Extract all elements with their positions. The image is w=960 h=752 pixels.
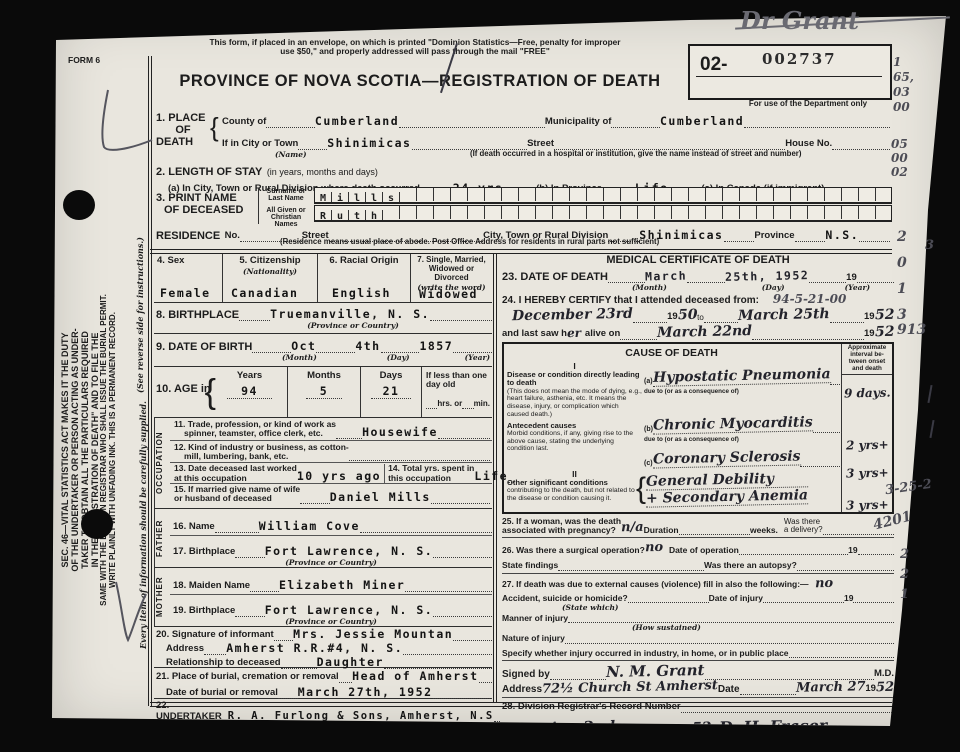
- form-number-label: FORM 6: [68, 56, 100, 66]
- row-23-date-of-death: 23. DATE OF DEATH March 25th, 1952 19: [502, 269, 894, 283]
- mail-notice: This form, if placed in an envelope, on …: [165, 38, 665, 57]
- informant-address-value: Amherst R.R.#4, N. S.: [226, 641, 403, 655]
- pencil-column-a: 165,0300: [893, 55, 914, 115]
- father-name-value: William Cove: [259, 519, 360, 533]
- antecedent-title: Antecedent causes: [507, 422, 642, 430]
- letter-cell: [774, 206, 791, 219]
- letter-cell: [485, 206, 502, 219]
- interval-h3: tween onset: [842, 358, 892, 365]
- letter-cell: [808, 188, 825, 201]
- pen-check-mark: [108, 580, 153, 650]
- q25-duration-label: Duration: [644, 526, 679, 535]
- stamp-box-line: [696, 76, 882, 77]
- interval-h1: Approximate: [842, 344, 892, 351]
- q25-delivery-label-2: a delivery?: [784, 526, 823, 535]
- letter-cell: i: [332, 192, 349, 204]
- racial-origin-label: 6. Racial Origin: [318, 256, 410, 267]
- cause-c-pre: (c): [644, 460, 653, 467]
- county-label: County of: [222, 117, 266, 128]
- filed-date-value: Apr 2nd: [548, 717, 615, 736]
- other-condition-value-2: + Secondary Anemia: [646, 487, 808, 507]
- last-seen-year-pre: 19: [864, 329, 875, 340]
- letter-cell: [519, 206, 536, 219]
- letter-cell: [553, 188, 570, 201]
- mother-birthplace-sub: (Province or Country): [170, 617, 492, 626]
- interval-c-value: 3 yrs+: [846, 465, 892, 480]
- q26-autopsy-label: Was there an autopsy?: [704, 561, 797, 570]
- father-name-label: 16. Name: [173, 522, 215, 533]
- letter-cell: l: [349, 192, 366, 204]
- q27-sustained-sub: (How sustained): [632, 623, 894, 632]
- letter-cell: [706, 188, 723, 201]
- age-brace: {: [205, 375, 216, 409]
- residence-prov-value: N.S.: [825, 228, 859, 242]
- letter-cell: [638, 188, 655, 201]
- q26-value: no: [645, 540, 663, 555]
- place-county-line: County of Cumberland Municipality of Cum…: [222, 114, 890, 128]
- md-label: M.D.: [874, 669, 894, 680]
- signed-year-value: 52: [876, 680, 894, 695]
- mother-side-label: MOTHER: [154, 568, 170, 626]
- letter-cell: [468, 188, 485, 201]
- municipality-value: Cumberland: [660, 114, 744, 128]
- q27-manner-label: Manner of injury: [502, 614, 568, 623]
- undertaker-label: 22. Undertaker: [156, 701, 222, 722]
- to-year-value: 52: [874, 306, 894, 322]
- letter-cell: [876, 188, 892, 201]
- row-8-birthplace: 8. BIRTHPLACE Truemanville, N. S. (Provi…: [154, 303, 492, 334]
- cause-lead-line: Disease or condition directly leading to…: [507, 371, 642, 388]
- interval-h2: interval be-: [842, 351, 892, 358]
- letter-cell: [417, 188, 434, 201]
- letter-cell: [536, 206, 553, 219]
- father-birthplace-sub: (Province or Country): [170, 558, 492, 567]
- hospital-note: (If death occurred in a hospital or inst…: [470, 150, 801, 159]
- county-value: Cumberland: [315, 114, 399, 128]
- death-year-sub: (Year): [845, 283, 870, 292]
- pencil-number: 00: [891, 151, 908, 165]
- birthplace-label: 8. BIRTHPLACE: [156, 309, 239, 321]
- surname-sublabel: Surname or: [259, 188, 313, 195]
- letter-cell: [672, 206, 689, 219]
- letter-cell: [859, 188, 876, 201]
- sex-value: Female: [160, 286, 211, 300]
- signed-date-label: Date: [718, 684, 740, 695]
- pencil-stroke-1: [927, 385, 932, 403]
- father-side-label: FATHER: [154, 509, 170, 567]
- signed-year-pre: 19: [865, 684, 876, 695]
- residence-note: (Residence means usual place of abode. P…: [280, 238, 659, 247]
- row-23-subs: (Month) (Day) (Year): [502, 283, 894, 292]
- informant-name-value: Mrs. Jessie Mountan: [293, 627, 453, 641]
- cert-pencil-numbers: 94-5-21-00: [773, 292, 846, 306]
- q27-injury-date-label: Date of injury: [709, 594, 763, 603]
- q26-label: 26. Was there a surgical operation?: [502, 546, 645, 555]
- burial-date-label: Date of burial or removal: [166, 688, 278, 699]
- punch-hole-top: [63, 190, 95, 220]
- date-of-death-label: 23. DATE OF DEATH: [502, 271, 608, 283]
- cause-b-line: (b) Chronic Myocarditis: [644, 416, 842, 433]
- q27-state-which-sub: (State which): [562, 603, 894, 612]
- row-27: 27. If death was due to external causes …: [502, 574, 894, 661]
- letter-cell: [655, 206, 672, 219]
- cause-c-line: (c) Coronary Sclerosis: [644, 450, 842, 467]
- letter-cell: [587, 206, 604, 219]
- mother-name-label: 18. Maiden Name: [173, 581, 250, 592]
- age-label: 10. AGE in: [156, 383, 211, 395]
- citizenship-label: 5. Citizenship: [223, 256, 317, 267]
- cause-of-death-title: CAUSE OF DEATH: [504, 348, 839, 360]
- last-saw-label: and last saw h: [502, 329, 567, 340]
- letter-cell: [604, 188, 621, 201]
- age-years-value: 94: [227, 382, 272, 399]
- dr-grant-text: Dr Grant: [740, 6, 859, 35]
- punch-hole-bottom: [81, 509, 113, 539]
- age-years-header: Years: [212, 371, 287, 382]
- burial-date-value: March 27th, 1952: [298, 685, 433, 699]
- q14-label-2: this occupation: [388, 474, 474, 483]
- age-hrs-label: hrs. or: [437, 400, 462, 409]
- dr-grant-annotation: Dr Grant: [740, 6, 859, 35]
- physician-address-label: Address: [502, 684, 542, 695]
- pencil-near-cause: 913: [897, 322, 926, 338]
- registration-number-prefix: 02-: [700, 54, 727, 76]
- row-10-age: 10. AGE in { Years 94 Months 5 Days 21 I…: [154, 367, 492, 418]
- burial-place-value: Head of Amherst: [352, 669, 478, 683]
- given-sublabel: All Given or: [259, 207, 313, 214]
- burial-block: 21. Place of burial, cremation or remova…: [154, 668, 492, 699]
- death-day-value: 25th, 1952: [724, 268, 809, 284]
- statute-line: OF THE UNDERTAKER OR PERSON ACTING AS UN…: [70, 170, 80, 730]
- letter-cell: [485, 188, 502, 201]
- cause-b-value: Chronic Myocarditis: [653, 414, 813, 434]
- alive-on-label: alive on: [585, 329, 620, 340]
- q27-specify-label: Specify whether injury occurred in indus…: [502, 649, 789, 658]
- letter-cell: [876, 206, 892, 219]
- letter-cell: [400, 188, 417, 201]
- medical-certificate-title: MEDICAL CERTIFICATE OF DEATH: [502, 254, 894, 266]
- marital-label-2: Widowed or Divorced: [411, 265, 492, 283]
- antecedent-body: Morbid conditions, if any, giving rise t…: [507, 430, 642, 453]
- letter-cell: s: [383, 192, 400, 204]
- father-birthplace-label: 17. Birthplace: [173, 547, 235, 558]
- marital-value: Widowed: [419, 287, 478, 301]
- cause-a-value: Hypostatic Pneumonia: [652, 366, 830, 387]
- undertaker-value: R. A. Furlong & Sons, Amherst, N.S: [228, 710, 494, 722]
- letter-cell: [774, 188, 791, 201]
- mother-block: MOTHER 18. Maiden Name Elizabeth Miner 1…: [154, 568, 492, 627]
- letter-cell: [417, 206, 434, 219]
- letter-cell: [451, 206, 468, 219]
- due-to-label-2: due to (or as a consequence of): [644, 436, 739, 443]
- stay-label: 2. LENGTH OF STAY: [156, 166, 262, 178]
- attended-to-value: March 25th: [738, 306, 830, 324]
- undertaker-block: 22. Undertaker R. A. Furlong & Sons, Amh…: [154, 699, 492, 721]
- q27-accident-label: Accident, suicide or homicide?: [502, 594, 628, 603]
- city-value: Shinimicas: [327, 136, 411, 150]
- age-less-label: If less than one day old: [426, 371, 490, 390]
- occupation-block: OCCUPATION 11. Trade, profession, or kin…: [154, 418, 492, 509]
- letter-cell: t: [349, 210, 366, 222]
- letter-cell: [570, 206, 587, 219]
- dob-month: Oct: [291, 339, 316, 353]
- cause-a-line: (a) Hypostatic Pneumonia: [644, 368, 842, 385]
- informant-relationship-value: Daughter: [317, 655, 384, 669]
- dob-month-sub: (Month): [282, 353, 317, 362]
- registrar-record-number-label: 28. Division Registrar's Record Number: [502, 702, 681, 713]
- letter-cell: [587, 188, 604, 201]
- age-min-label: min.: [474, 400, 490, 409]
- pencil-number: 65,: [893, 70, 914, 85]
- print-name-label-2: OF DECEASED: [164, 204, 256, 216]
- letter-cell: [825, 206, 842, 219]
- letter-cell: [740, 188, 757, 201]
- q26-year-pre: 19: [848, 546, 857, 555]
- row-29: 29. Filed Apr 2nd 19 52 D. H. Fraser: [502, 717, 894, 736]
- place-city-line: If in City or Town Shinimicas Street Hou…: [222, 136, 890, 150]
- letter-cell: [604, 206, 621, 219]
- mother-birthplace-label: 19. Birthplace: [173, 606, 235, 617]
- letter-cell: [536, 188, 553, 201]
- row-13-14: 13. Date deceased last worked at this oc…: [170, 463, 492, 484]
- department-only-caption: For use of the Department only: [718, 100, 898, 109]
- row-4-7: 4. Sex Female 5. Citizenship (Nationalit…: [154, 254, 492, 303]
- dob-year-sub: (Year): [465, 353, 490, 362]
- letter-cell: [791, 188, 808, 201]
- letter-cell: [791, 206, 808, 219]
- citizenship-sublabel: (Nationality): [223, 267, 317, 276]
- q15-label-2: or husband of deceased: [174, 494, 300, 503]
- letter-cell: [400, 206, 417, 219]
- dob-day: 4th: [355, 339, 380, 353]
- age-months-header: Months: [288, 371, 360, 382]
- letter-cell: [825, 188, 842, 201]
- undertaker-sub: (Name and address): [154, 722, 492, 731]
- other-conditions-title: Other significant conditions: [507, 479, 642, 487]
- letter-cell: [757, 188, 774, 201]
- mother-birthplace-value: Fort Lawrence, N. S.: [265, 603, 433, 617]
- dob-day-sub: (Day): [387, 353, 410, 362]
- other-brace: {: [636, 474, 646, 504]
- informant-label: 20. Signature of informant: [156, 630, 274, 641]
- other-conditions-body: contributing to the death, but not relat…: [507, 487, 642, 503]
- antecedent-label: Antecedent causes Morbid conditions, if …: [507, 422, 642, 454]
- letter-cell: [689, 188, 706, 201]
- pencil-column-27: 221: [900, 545, 909, 605]
- surname-sublabel2: Last Name: [259, 195, 313, 202]
- q25-label-2: associated with pregnancy?: [502, 526, 621, 535]
- letter-cell: [383, 206, 400, 219]
- interval-h4: and death: [842, 365, 892, 372]
- letter-cell: [621, 206, 638, 219]
- filed-label: 29. Filed: [502, 725, 540, 736]
- q12-label-2: mill, lumbering, bank, etc.: [184, 452, 349, 461]
- row-12: 12. Kind of industry or business, as cot…: [170, 441, 492, 464]
- q27-nature-label: Nature of injury: [502, 634, 565, 643]
- informant-address-label: Address: [166, 644, 204, 655]
- q26-date-label: Date of operation: [669, 546, 739, 555]
- letter-cell: [672, 188, 689, 201]
- residence-label: RESIDENCE: [156, 230, 220, 242]
- row-11: 11. Trade, profession, or kind of work a…: [170, 418, 492, 441]
- other-conditions-entry: { General Debility + Secondary Anemia: [646, 472, 808, 506]
- pen-mark-L: [90, 85, 170, 160]
- last-seen-year-value: 52: [874, 323, 894, 339]
- age-months-value: 5: [306, 382, 342, 399]
- signed-by-label: Signed by: [502, 669, 550, 680]
- pencil-stroke-2: [929, 420, 934, 438]
- citizenship-value: Canadian: [231, 286, 298, 300]
- q25-value: n/a: [621, 520, 644, 535]
- pencil-number: 2: [900, 565, 909, 585]
- letter-cell: h: [366, 210, 383, 222]
- letter-cell: M: [315, 192, 332, 204]
- surname-letter-boxes: Mills: [314, 187, 892, 204]
- letter-cell: [723, 206, 740, 219]
- residence-prov-label: Province: [754, 231, 794, 242]
- letter-cell: [859, 206, 876, 219]
- q13-label-2: at this occupation: [174, 474, 297, 483]
- mail-notice-line2: use $50," and properly addressed will pa…: [165, 47, 665, 56]
- interval-b-value: 2 yrs+: [846, 437, 892, 452]
- pencil-number: 1: [897, 276, 907, 302]
- q13-value: 10 yrs ago: [297, 469, 381, 483]
- pencil-number: 2: [900, 545, 909, 565]
- letter-cell: R: [315, 210, 332, 222]
- due-to-label-1: due to (or as a consequence of): [644, 388, 739, 395]
- letter-cell: [757, 206, 774, 219]
- q11-label-2: spinner, teamster, office clerk, etc.: [184, 429, 336, 438]
- letter-cell: [434, 206, 451, 219]
- print-name-label-1: 3. PRINT NAME: [156, 192, 256, 204]
- signed-date-value: March 27: [796, 679, 866, 695]
- letter-cell: [723, 188, 740, 201]
- print-name-label: 3. PRINT NAME OF DECEASED: [156, 192, 256, 216]
- occupation-side-label: OCCUPATION: [154, 418, 170, 508]
- statute-line: SEC. 46—VITAL STATISTICS ACT MAKES IT TH…: [60, 170, 70, 730]
- letter-cell: [502, 206, 519, 219]
- residence-no-label: No.: [225, 231, 240, 242]
- cause-c-value: Coronary Sclerosis: [652, 448, 800, 468]
- letter-cell: [689, 206, 706, 219]
- informant-block: 20. Signature of informant Mrs. Jessie M…: [154, 627, 492, 668]
- letter-cell: [502, 188, 519, 201]
- birthplace-value: Truemanville, N. S.: [270, 307, 430, 321]
- division-registrar-sub: (Division Registrar): [502, 736, 874, 745]
- attended-from-value: December 23rd: [512, 305, 633, 324]
- mother-name-value: Elizabeth Miner: [279, 578, 405, 592]
- dob-label: 9. DATE OF BIRTH: [156, 341, 252, 353]
- q27-year-pre: 19: [844, 594, 853, 603]
- letter-cell: [519, 188, 536, 201]
- place-brace: {: [210, 114, 219, 140]
- city-name-sub: (Name): [275, 150, 307, 159]
- q11-value: Housewife: [362, 425, 438, 439]
- pencil-number: 05: [891, 137, 908, 151]
- letter-cell: [740, 206, 757, 219]
- sex-label: 4. Sex: [157, 256, 222, 267]
- pencil-number: 0: [897, 250, 907, 276]
- q27-label: 27. If death was due to external causes …: [502, 580, 809, 589]
- q15-value: Daniel Mills: [330, 490, 431, 504]
- section-divider-rule: [150, 249, 892, 254]
- pencil-number: 2: [897, 224, 907, 250]
- to-year-pre: 19: [864, 312, 875, 323]
- from-year-pre: 19: [667, 312, 678, 323]
- other-conditions-label: II Other significant conditions contribu…: [507, 470, 642, 503]
- letter-cell: [808, 206, 825, 219]
- letter-cell: u: [332, 210, 349, 222]
- death-year-pre: 19: [846, 273, 857, 284]
- cause-of-death-box: CAUSE OF DEATH Approximate interval be- …: [502, 342, 894, 514]
- paper-sheet: FORM 6 SEC. 46—VITAL STATISTICS ACT MAKE…: [50, 10, 950, 730]
- letter-cell: [451, 188, 468, 201]
- pencil-column-c: 2013: [897, 224, 907, 328]
- given-name-letter-boxes: Ruth: [314, 205, 892, 222]
- pencil-number: 00: [893, 100, 914, 115]
- row-15: 15. If married give name of wife or husb…: [170, 484, 492, 504]
- father-birthplace-value: Fort Lawrence, N. S.: [265, 544, 433, 558]
- letter-cell: [570, 188, 587, 201]
- pencil-column-b: 050002: [891, 137, 908, 179]
- municipality-label: Municipality of: [545, 117, 612, 128]
- pencil-number: 1: [893, 55, 914, 70]
- filed-year-pre: 19: [681, 725, 692, 736]
- letter-cell: [842, 206, 859, 219]
- q25-weeks-label: weeks.: [750, 526, 778, 535]
- last-saw-er: er: [567, 325, 581, 339]
- birthplace-sublabel: (Province or Country): [214, 321, 492, 330]
- cause-a-pre: (a): [644, 378, 653, 385]
- letter-cell: [655, 188, 672, 201]
- row-24-certify: 24. I HEREBY CERTIFY that I attended dec…: [502, 292, 894, 339]
- stay-label-sub: (in years, months and days): [267, 167, 378, 177]
- letter-cell: l: [366, 192, 383, 204]
- death-month-value: March: [645, 269, 687, 284]
- to-word: to: [697, 314, 704, 323]
- death-day-sub: (Day): [762, 283, 785, 292]
- burial-place-label: 21. Place of burial, cremation or remova…: [156, 672, 339, 683]
- row-25: 25. If a woman, was the death associated…: [502, 517, 894, 539]
- letter-cell: [468, 206, 485, 219]
- interval-a-value: 9 days.: [844, 385, 892, 400]
- age-days-value: 21: [371, 382, 412, 399]
- letter-cell: [842, 188, 859, 201]
- cause-b-pre: (b): [644, 426, 653, 433]
- pencil-number: 02: [891, 165, 908, 179]
- pencil-near-23: 3: [925, 238, 934, 253]
- letter-cell: [621, 188, 638, 201]
- physician-address-value: 72½ Church St Amherst: [542, 678, 718, 697]
- letter-cell: [553, 206, 570, 219]
- row-28: 28. Division Registrar's Record Number: [502, 702, 894, 713]
- q26-findings-label: State findings: [502, 561, 558, 570]
- name-sublabels: Surname or Last Name All Given or Christ…: [258, 188, 313, 224]
- row-9-date-of-birth: 9. DATE OF BIRTH Oct 4th 1857 (Month) (D…: [154, 334, 492, 367]
- statute-line: TAKER TO OBTAIN ALL THE PARTICULARS REQU…: [80, 170, 90, 730]
- interval-other-value: 3 yrs+: [846, 497, 892, 512]
- interval-header-cell: Approximate interval be- tween onset and…: [841, 344, 892, 375]
- registration-number-box: 02- 002737: [688, 44, 892, 100]
- dob-year: 1857: [419, 339, 453, 353]
- scanned-death-certificate: { "margin": { "form_no": "FORM 6", "line…: [0, 0, 960, 752]
- q27-value: no: [814, 575, 832, 590]
- registration-number: 002737: [762, 50, 837, 68]
- signed-block: Signed by N. M. Grant M.D. Address 72½ C…: [502, 661, 894, 698]
- racial-origin-value: English: [332, 286, 391, 300]
- last-seen-date-value: March 22nd: [657, 323, 752, 341]
- from-year-value: 50: [678, 306, 698, 322]
